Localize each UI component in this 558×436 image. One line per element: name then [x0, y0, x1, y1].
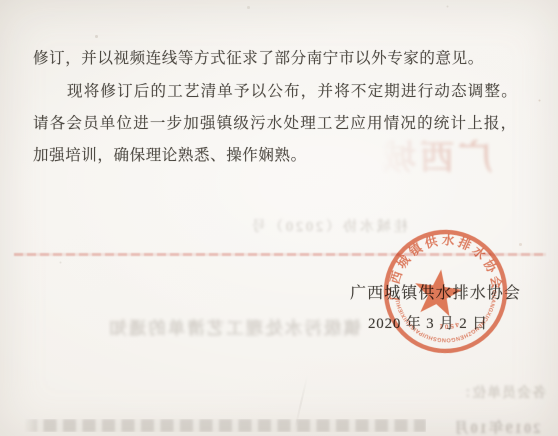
body-line-1: 修订，并以视频连线等方式征求了部分南宁市以外专家的意见。: [33, 46, 484, 68]
paper-speckles: [0, 0, 1, 1]
bleed-bottom-illegible-line: [24, 419, 426, 432]
bleed-red-letterhead-text: 广西城镇供水排水协会: [372, 130, 492, 178]
body-line-4: 加强培训，确保理论熟悉、操作娴熟。: [33, 143, 307, 165]
official-seal: 广西城镇供水排水协会 GUANGXICHENGZHENGONGSHUIPAISH…: [373, 219, 517, 363]
seal-serial-number: 4501: [437, 320, 460, 330]
seal-star-icon: [411, 266, 464, 317]
body-line-3: 请各会员单位进一步加强镇级污水处理工艺应用情况的统计上报，: [33, 111, 517, 133]
body-line-2: 现将修订后的工艺清单予以公布，并将不定期进行动态调整。: [67, 79, 518, 101]
bleed-red-title-region: 广西城镇供水排水协会: [372, 126, 558, 178]
